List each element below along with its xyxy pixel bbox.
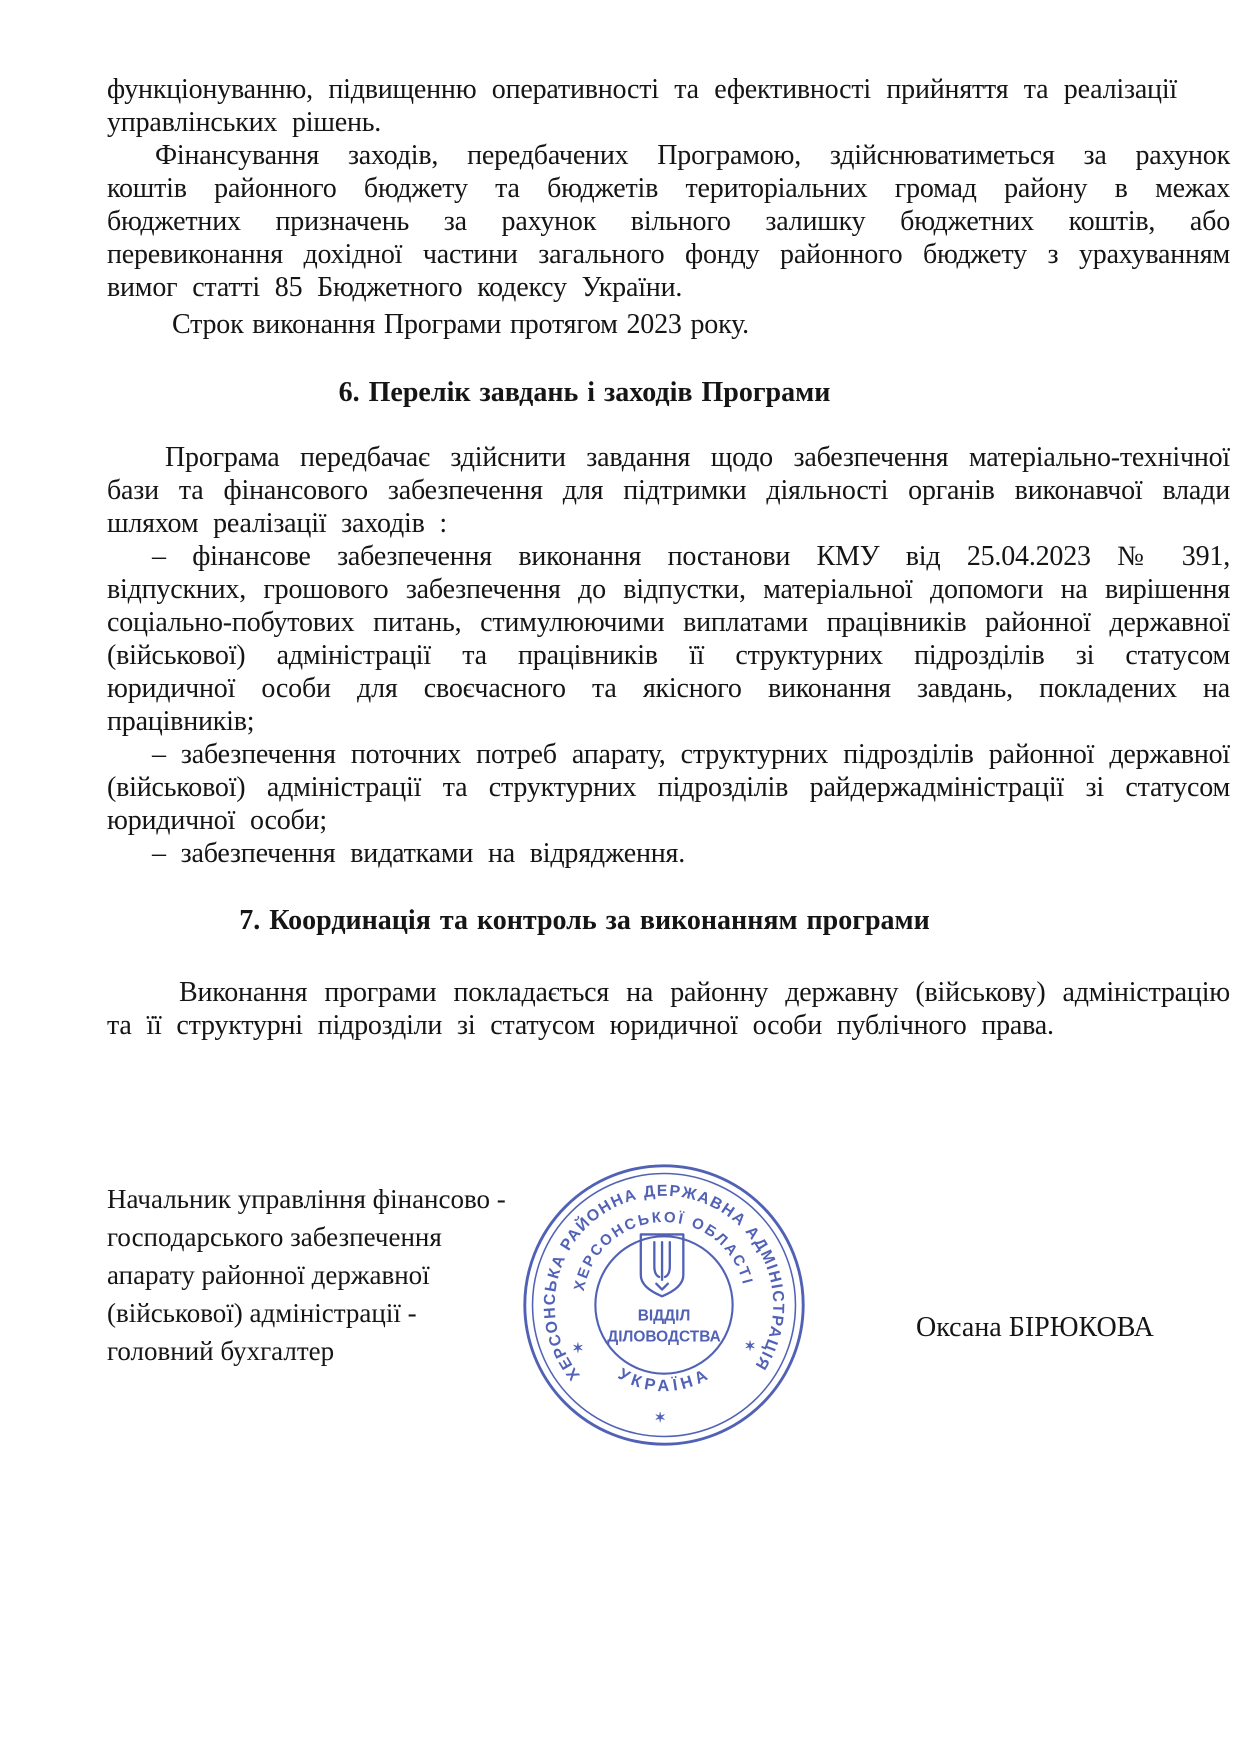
section-6-intro: Програма передбачає здійснити завдання щ… [107, 441, 1230, 540]
trident-emblem-icon [641, 1234, 684, 1296]
signature-title-line: господарського забезпечення [107, 1218, 577, 1256]
stamp-center-line-1: ВІДДІЛ [638, 1307, 691, 1324]
stamp-country-text: УКРАЇНА [615, 1365, 712, 1395]
paragraph-intro-continuation: функціонуванню, підвищенню оперативності… [107, 73, 1177, 139]
paragraph-funding: Фінансування заходів, передбачених Прогр… [107, 139, 1230, 304]
section-7-heading: 7. Координація та контроль за виконанням… [107, 904, 1230, 937]
stamp-star-right: ✶ [744, 1338, 755, 1353]
paragraph-term: Строк виконання Програми протягом 2023 р… [107, 308, 1230, 341]
section-6-item-3: – забезпечення видатками на відрядження. [107, 837, 1230, 870]
stamp-center-line-2: ДІЛОВОДСТВА [607, 1329, 721, 1346]
section-7-body: Виконання програми покладається на район… [107, 976, 1230, 1042]
signature-title-line: (військової) адміністрації - [107, 1294, 577, 1332]
stamp-rings [525, 1166, 803, 1444]
document-body: функціонуванню, підвищенню оперативності… [107, 73, 1230, 1042]
signer-name: Оксана БІРЮКОВА [916, 1312, 1154, 1344]
section-6-item-2: – забезпечення поточних потреб апарату, … [107, 738, 1230, 837]
section-6-heading: 6. Перелік завдань і заходів Програми [107, 376, 1230, 409]
official-round-stamp: ХЕРСОНСЬКА РАЙОННА ДЕРЖАВНА АДМІНІСТРАЦІ… [519, 1160, 809, 1450]
signature-title-line: апарату районної державної [107, 1256, 577, 1294]
stamp-star-bottom: ✶ [654, 1410, 665, 1425]
document-page: функціонуванню, підвищенню оперативності… [0, 0, 1240, 1755]
signature-title-line: головний бухгалтер [107, 1332, 577, 1370]
signature-title-block: Начальник управління фінансово - господа… [107, 1180, 577, 1370]
stamp-star-left: ✶ [572, 1340, 583, 1355]
section-6-item-1: – фінансове забезпечення виконання поста… [107, 540, 1230, 738]
signature-title-line: Начальник управління фінансово - [107, 1180, 577, 1218]
